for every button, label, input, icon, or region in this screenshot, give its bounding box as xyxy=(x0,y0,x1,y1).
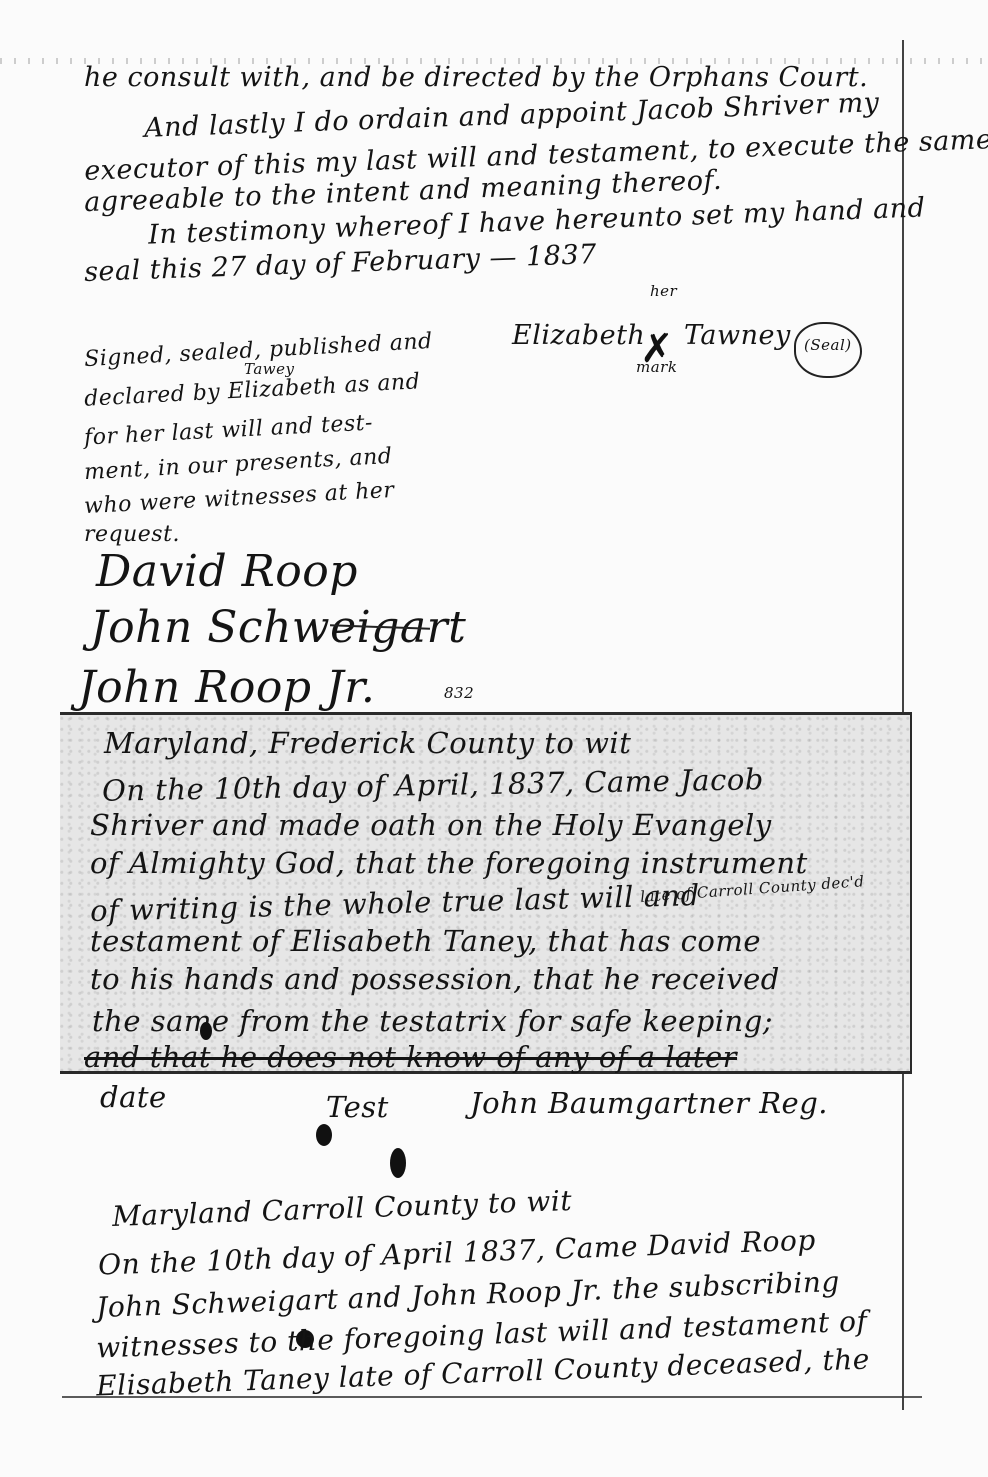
seal-label: (Seal) xyxy=(804,336,852,354)
probate-line: date xyxy=(100,1080,167,1114)
witness-signature: John Roop Jr. xyxy=(78,662,375,713)
signature-first-name: Elizabeth xyxy=(512,320,645,351)
probate-line: to his hands and possession, that he rec… xyxy=(90,962,780,996)
ink-blot xyxy=(316,1124,332,1146)
probate-line: of Almighty God, that the foregoing inst… xyxy=(90,846,808,880)
probate-line: the same from the testatrix for safe kee… xyxy=(92,1004,773,1038)
witness-signature: David Roop xyxy=(96,546,358,597)
probate-line: testament of Elisabeth Taney, that has c… xyxy=(90,924,761,958)
attestation-line: who were witnesses at her xyxy=(84,478,395,519)
probate-line-struck: and that he does not know of any of a la… xyxy=(84,1040,737,1074)
attestation-line: for her last will and test- xyxy=(84,410,374,450)
ink-blot xyxy=(200,1022,212,1040)
probate-line: Maryland, Frederick County to wit xyxy=(104,726,631,760)
will-line: he consult with, and be directed by the … xyxy=(84,62,868,93)
attestation-line: ment, in our presents, and xyxy=(84,444,393,485)
signature-her: her xyxy=(650,282,677,300)
probate-line: Shriver and made oath on the Holy Evange… xyxy=(90,808,772,842)
signature-last-name: Tawney xyxy=(684,320,791,351)
attestation-line: request. xyxy=(84,522,180,547)
signature-mark: mark xyxy=(636,358,677,376)
register-signature: John Baumgartner Reg. xyxy=(470,1086,828,1120)
page-edge-bottom xyxy=(62,1396,922,1398)
probate2-line: Maryland Carroll County to wit xyxy=(112,1184,573,1233)
test-label: Test xyxy=(326,1090,389,1124)
ink-blot xyxy=(390,1148,406,1178)
page-number-note: 832 xyxy=(444,684,474,702)
